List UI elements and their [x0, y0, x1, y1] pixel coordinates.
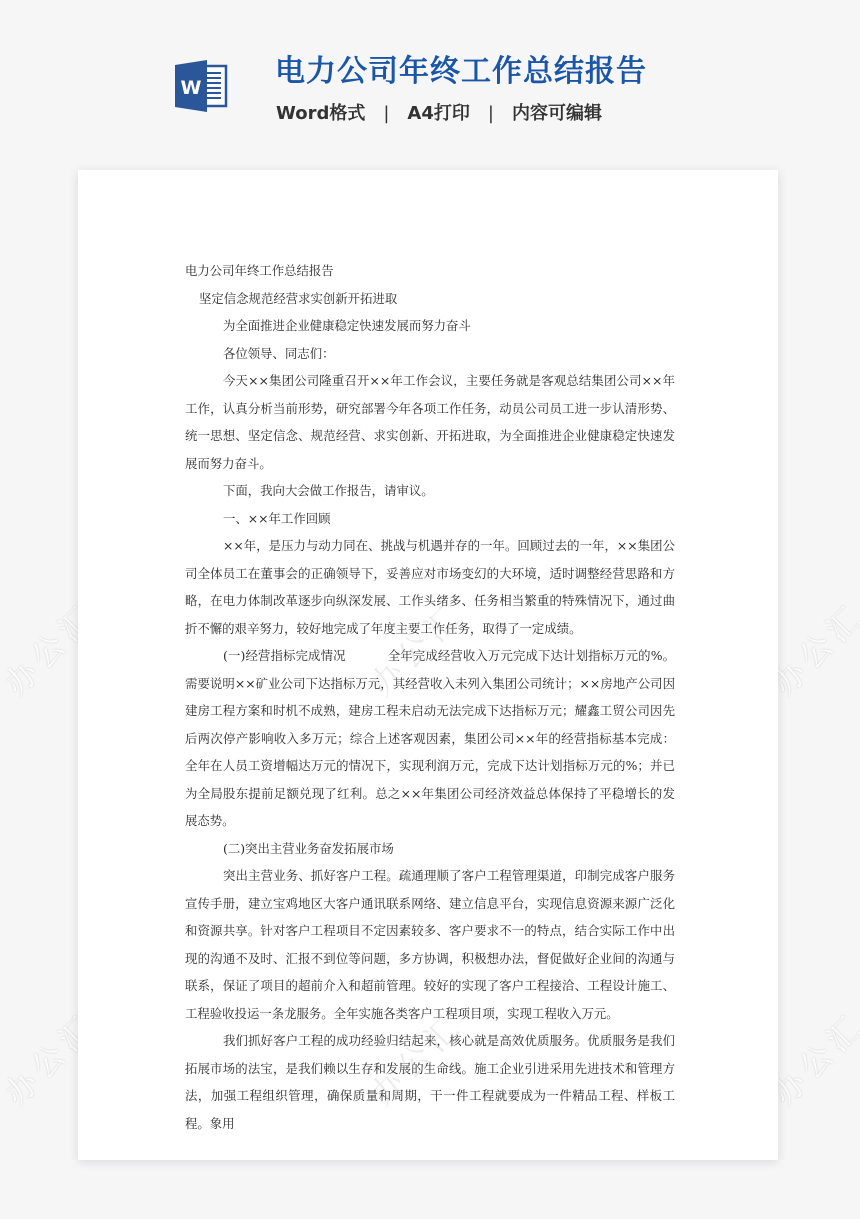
subsection-1: (一)经营指标完成情况全年完成经营收入万元完成下达计划指标万元的%。需要说明××… — [185, 642, 675, 835]
page-title: 电力公司年终工作总结报告 — [275, 52, 647, 92]
section-heading-1: 一、××年工作回顾 — [185, 505, 675, 533]
document-body: 电力公司年终工作总结报告 坚定信念规范经营求实创新开拓进取 为全面推进企业健康稳… — [185, 257, 675, 1137]
feature-editable: 内容可编辑 — [512, 103, 602, 124]
subsection-heading-2: (二)突出主营业务奋发拓展市场 — [185, 835, 675, 863]
feature-a4-print: A4打印 — [407, 103, 469, 124]
header-banner: W 电力公司年终工作总结报告 Word格式|A4打印|内容可编辑 — [0, 0, 860, 170]
paragraph-customer: 突出主营业务、抓好客户工程。疏通理顺了客户工程管理渠道，印制完成客户服务宣传手册… — [185, 862, 675, 1027]
doc-subtitle-2: 为全面推进企业健康稳定快速发展而努力奋斗 — [185, 312, 675, 340]
paragraph-review: ××年，是压力与动力同在、挑战与机遇并存的一年。回顾过去的一年，××集团公司全体… — [185, 532, 675, 642]
document-page: 电力公司年终工作总结报告 坚定信念规范经营求实创新开拓进取 为全面推进企业健康稳… — [78, 170, 778, 1160]
subsection-lead-1: 全年完成经营收入万元完成下达计划指标万元的%。 — [388, 648, 675, 663]
doc-subtitle-1: 坚定信念规范经营求实创新开拓进取 — [185, 285, 675, 313]
paragraph-intro: 今天××集团公司隆重召开××年工作会议，主要任务就是客观总结集团公司××年工作，… — [185, 367, 675, 477]
feature-word-format: Word格式 — [276, 103, 365, 124]
separator: | — [488, 101, 494, 127]
feature-list: Word格式|A4打印|内容可编辑 — [276, 101, 602, 127]
separator: | — [383, 101, 389, 127]
paragraph-service: 我们抓好客户工程的成功经验归结起来，核心就是高效优质服务。优质服务是我们拓展市场… — [185, 1027, 675, 1137]
subsection-heading-1: (一)经营指标完成情况 — [223, 648, 346, 663]
word-document-icon: W — [175, 60, 230, 112]
greeting: 各位领导、同志们： — [185, 340, 675, 368]
subsection-body-1: 需要说明××矿业公司下达指标万元，其经营收入未列入集团公司统计；××房地产公司因… — [185, 676, 675, 829]
paragraph-report: 下面，我向大会做工作报告，请审议。 — [185, 477, 675, 505]
svg-text:W: W — [181, 77, 202, 99]
doc-title: 电力公司年终工作总结报告 — [185, 257, 675, 285]
